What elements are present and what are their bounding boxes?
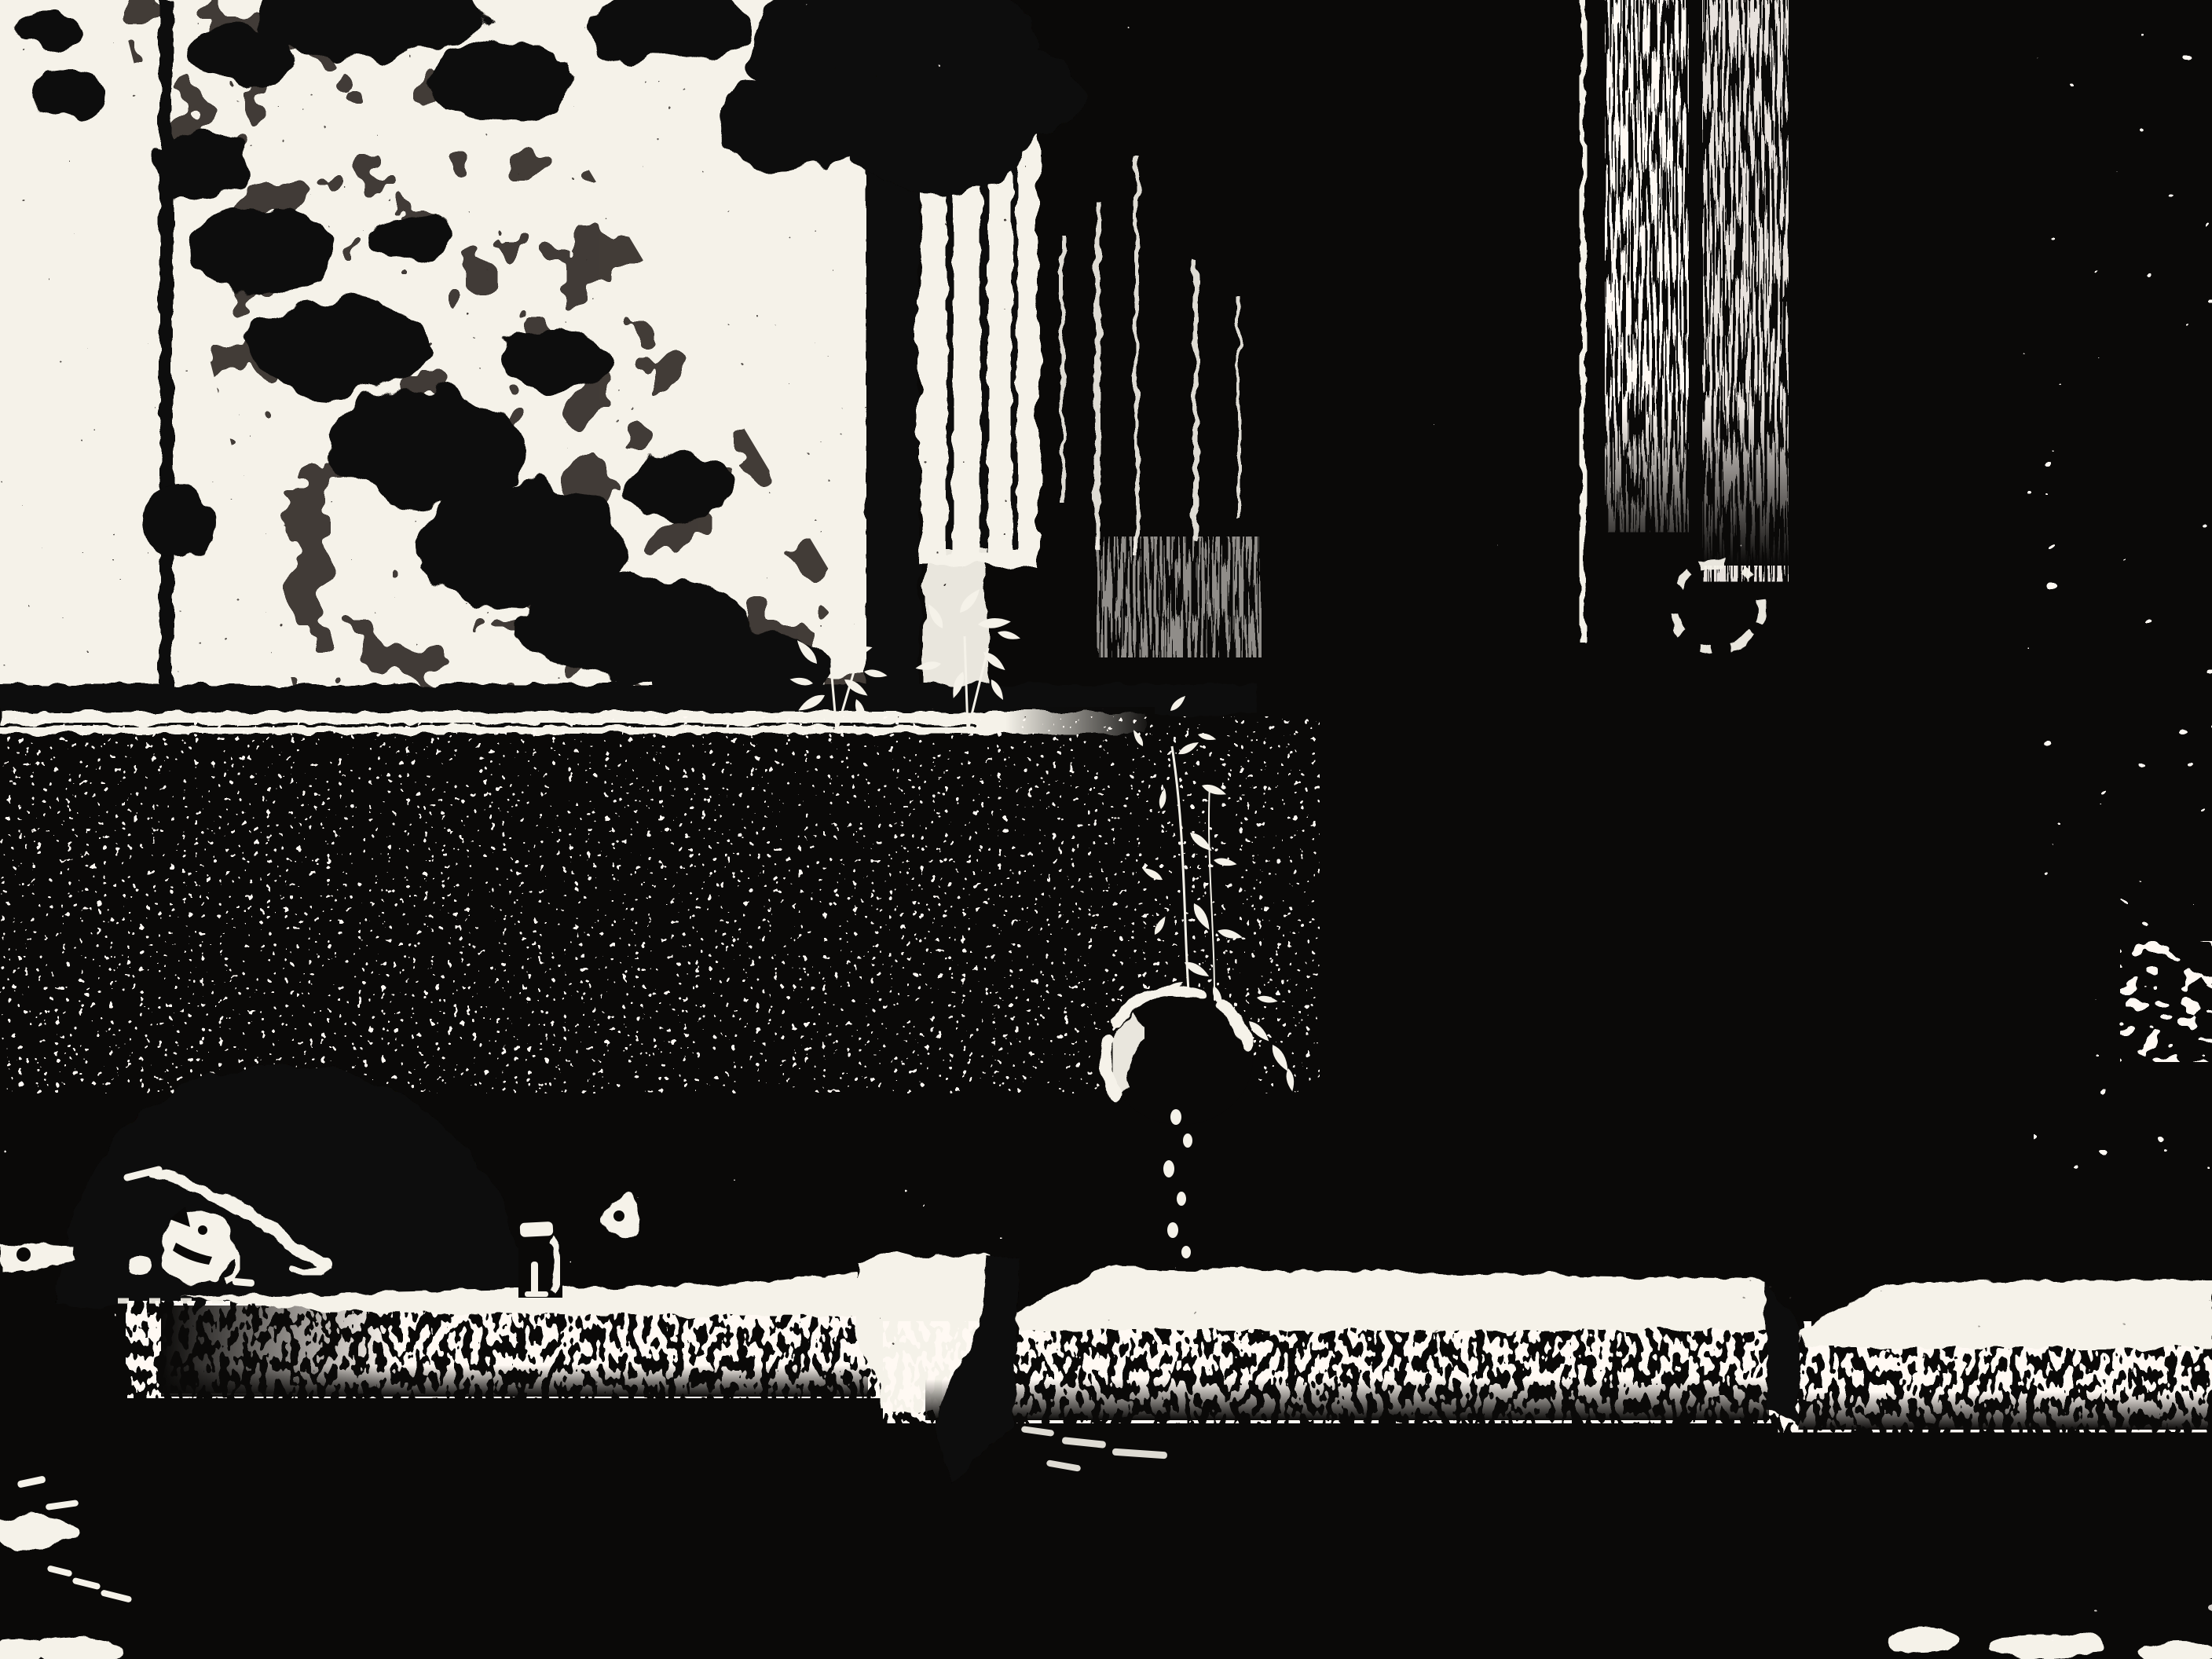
hanging-ivy: Ivy mass hanging across the top xyxy=(719,0,1155,192)
wall-speckles-dense xyxy=(0,734,1257,1076)
ground-bottom-right-flecks xyxy=(1870,1602,2212,1659)
wall-speckles-sparse xyxy=(1257,734,2066,1299)
frame-bar-knot xyxy=(144,485,214,560)
ledge: Sunlit top edge of the lower wall xyxy=(0,684,1257,738)
wall-ring: Round ring ornament on the wall xyxy=(1673,550,1767,668)
bw-courtyard-photo: High-contrast black and white courtyard … xyxy=(0,0,2212,1659)
scene-canvas: High-contrast black and white courtyard … xyxy=(0,0,2212,1659)
bright-seam-line xyxy=(1580,0,1586,643)
frame-bar-left xyxy=(159,0,173,690)
plaster-specks-right xyxy=(1474,0,1610,550)
cat-chest-light xyxy=(126,1256,150,1273)
jug-lid-highlight xyxy=(520,1221,554,1237)
right-edge-vines-top xyxy=(2027,0,2212,707)
ivy-leaf-glints xyxy=(786,0,1155,189)
plaster-specks-dark xyxy=(1257,0,1477,691)
plaster-streaks-low xyxy=(1103,542,1254,652)
right-bench: Right stone slab bench xyxy=(1764,1279,2212,1430)
right-edge-vines-low xyxy=(2042,707,2212,1147)
ground-shadow: Dark ground with light flecks xyxy=(0,1430,2212,1659)
cat-head xyxy=(161,1210,233,1282)
